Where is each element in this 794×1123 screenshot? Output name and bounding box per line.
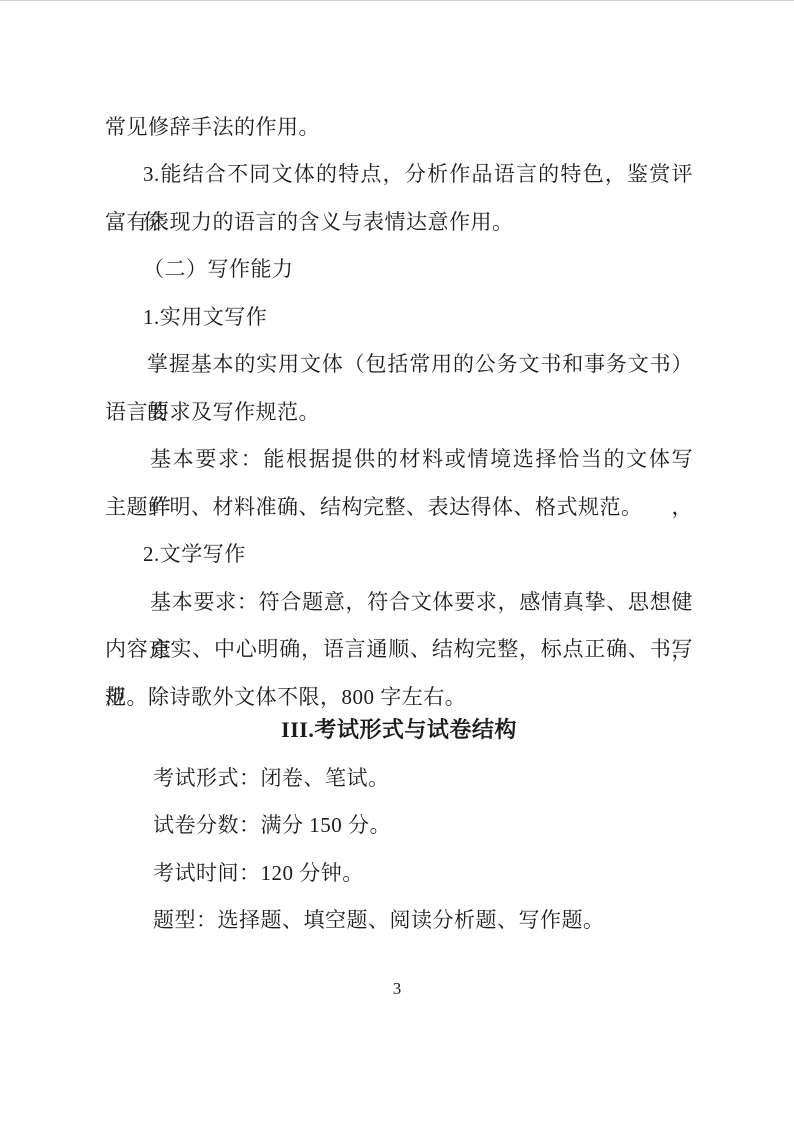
text-line: 基本要求：符合题意，符合文体要求，感情真挚、思想健康， xyxy=(105,578,693,626)
text-line: 富有表现力的语言的含义与表情达意作用。 xyxy=(105,198,693,246)
list-item-heading: 1.实用文写作 xyxy=(105,293,693,341)
section-heading: III.考试形式与试卷结构 xyxy=(105,706,693,754)
text-line: 试卷分数：满分 150 分。 xyxy=(105,801,693,849)
list-item-heading: 2.文学写作 xyxy=(105,530,693,578)
text-line: 常见修辞手法的作用。 xyxy=(105,103,693,151)
text-line: 题型：选择题、填空题、阅读分析题、写作题。 xyxy=(105,896,693,944)
subsection-heading: （二）写作能力 xyxy=(105,245,693,293)
text-line: 内容充实、中心明确，语言通顺、结构完整，标点正确、书写规 xyxy=(105,625,693,673)
text-line: 主题鲜明、材料准确、结构完整、表达得体、格式规范。 xyxy=(105,483,693,531)
text-line: 考试形式：闭卷、笔试。 xyxy=(105,754,693,802)
text-line: 考试时间：120 分钟。 xyxy=(105,849,693,897)
text-line: 语言要求及写作规范。 xyxy=(105,388,693,436)
text-line: 3.能结合不同文体的特点，分析作品语言的特色，鉴赏评价 xyxy=(105,150,693,198)
page-number: 3 xyxy=(0,973,794,1005)
document-page: 常见修辞手法的作用。 3.能结合不同文体的特点，分析作品语言的特色，鉴赏评价 富… xyxy=(0,0,794,1123)
text-line: 基本要求：能根据提供的材料或情境选择恰当的文体写作， xyxy=(105,435,693,483)
text-line: 掌握基本的实用文体（包括常用的公务文书和事务文书）的 xyxy=(105,340,693,388)
